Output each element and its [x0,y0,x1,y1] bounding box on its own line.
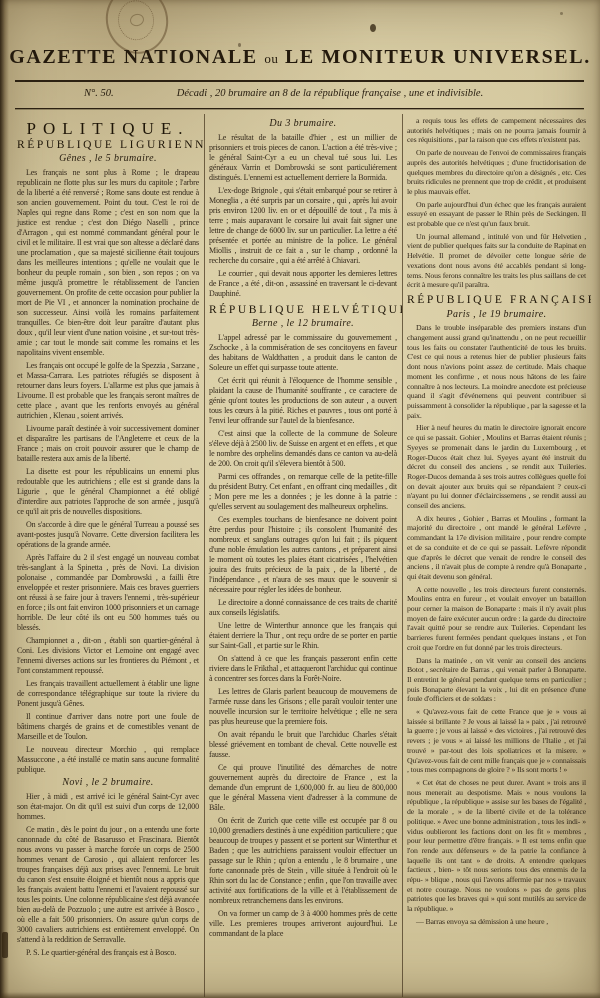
article-paragraph: Les français ont occupé le golfe de la S… [17,361,199,421]
article-paragraph: On avait répandu le bruit que l'archiduc… [209,730,397,760]
section-heading: RÉPUBLIQUE HELVÉTIQUE. [209,305,397,315]
article-paragraph: On s'accorde à dire que le général Turre… [17,520,199,550]
article-columns: POLITIQUE.RÉPUBLIQUE LIGURIENNE.Gênes , … [13,114,591,995]
article-paragraph: Ces exemples touchans de bienfesance ne … [209,515,397,595]
ink-speck [2,932,8,958]
article-paragraph: Cet écrit qui réunit à l'éloquence de l'… [209,376,397,426]
masthead-connector: ou [264,51,278,66]
article-paragraph: La disette est pour les républicains un … [17,467,199,517]
section-heading: RÉPUBLIQUE FRANÇAISE. [407,296,586,306]
article-paragraph: Le courrier , qui devait nous apporter l… [209,269,397,299]
section-title: POLITIQUE. [17,124,199,134]
column-1: POLITIQUE.RÉPUBLIQUE LIGURIENNE.Gênes , … [13,114,204,997]
article-paragraph: P. S. Le quartier-général des français e… [17,948,199,958]
article-paragraph: Dans la matinée , on vit venir au consei… [407,656,586,705]
article-paragraph: Le directoire a donné connaissance de ce… [209,598,397,618]
dateline: Paris , le 19 brumaire. [407,310,586,320]
article-paragraph: « Cet état de choses ne peut durer. Avan… [407,778,586,914]
column-2: Du 3 brumaire.Le résultat de la bataille… [204,114,402,997]
article-paragraph: On parle aujourd'hui d'un échec que les … [407,200,586,229]
article-paragraph: L'ex-doge Brignole , qui s'était embarqu… [209,186,397,266]
newspaper-page: GAZETTE NATIONALE ou LE MONITEUR UNIVERS… [0,0,600,998]
article-paragraph: Le nouveau directeur Morchio , qui rempl… [17,745,199,775]
article-paragraph: Dans le trouble inséparable des premiers… [407,323,586,420]
masthead-rule [15,80,584,82]
article-paragraph: Un journal allemand , intitulé von und f… [407,232,586,290]
issue-number: N°. 50. [84,88,114,99]
dateline: Novi , le 2 brumaire. [17,778,199,788]
article-paragraph: Ce matin , dès le point du jour , on a e… [17,825,199,945]
ink-speck [370,24,376,32]
dateline: Gênes , le 5 brumaire. [17,154,199,164]
article-paragraph: Une lettre de Winterthur annonce que les… [209,621,397,651]
article-paragraph: On va former un camp de 3 à 4000 hommes … [209,909,397,939]
masthead-main: GAZETTE NATIONALE [9,46,258,68]
scan-edge-shadow [0,0,9,998]
article-paragraph: Parmi ces offrandes , on remarque celle … [209,472,397,512]
masthead-title: GAZETTE NATIONALE ou LE MONITEUR UNIVERS… [0,46,600,69]
article-paragraph: A cette nouvelle , les trois directeurs … [407,585,586,653]
article-paragraph: On parle de nouveau de l'envoi de commis… [407,148,586,197]
article-paragraph: Le résultat de la bataille d'hier , est … [209,133,397,183]
article-paragraph: Hier à neuf heures du matin le directoir… [407,423,586,510]
issue-date: Décadi , 20 brumaire an 8 de la républiq… [120,88,540,99]
article-paragraph: Les lettres de Glaris parlent beaucoup d… [209,687,397,727]
dateline: Du 3 brumaire. [209,119,397,129]
masthead-rest: LE MONITEUR UNIVERSEL. [285,46,591,68]
dateline: Berne , le 12 brumaire. [209,319,397,329]
article-paragraph: C'est ainsi que la collecte de la commun… [209,429,397,469]
article-paragraph: a requis tous les effets de campement né… [407,116,586,145]
section-heading: RÉPUBLIQUE LIGURIENNE. [17,140,199,150]
article-paragraph: Les français ne sont plus à Rome ; le dr… [17,168,199,358]
article-paragraph: — Barras envoya sa démission à une heure… [407,917,586,927]
article-paragraph: Après l'affaire du 2 il s'est engagé un … [17,553,199,633]
issue-rule [15,108,584,109]
article-paragraph: Les français travaillent actuellement à … [17,679,199,709]
article-paragraph: Ce qui prouve l'inutilité des démarches … [209,763,397,813]
column-3: a requis tous les effets de campement né… [402,114,591,997]
article-paragraph: On écrit de Zurich que cette ville est o… [209,816,397,906]
issue-line: N°. 50. Décadi , 20 brumaire an 8 de la … [0,86,600,106]
article-paragraph: Hier , à midi , est arrivé ici le généra… [17,792,199,822]
article-paragraph: On s'attend à ce que les français passer… [209,654,397,684]
article-paragraph: L'appel adressé par le commissaire du go… [209,333,397,373]
article-paragraph: « Qu'avez-vous fait de cette France que … [407,707,586,775]
article-paragraph: Il continue d'arriver dans notre port un… [17,712,199,742]
article-paragraph: Livourne paraît destinée à voir successi… [17,424,199,464]
article-paragraph: Championnet a , dit-on , établi son quar… [17,636,199,676]
article-paragraph: A dix heures , Gohier , Barras et Moulin… [407,514,586,582]
ink-speck [560,12,563,15]
